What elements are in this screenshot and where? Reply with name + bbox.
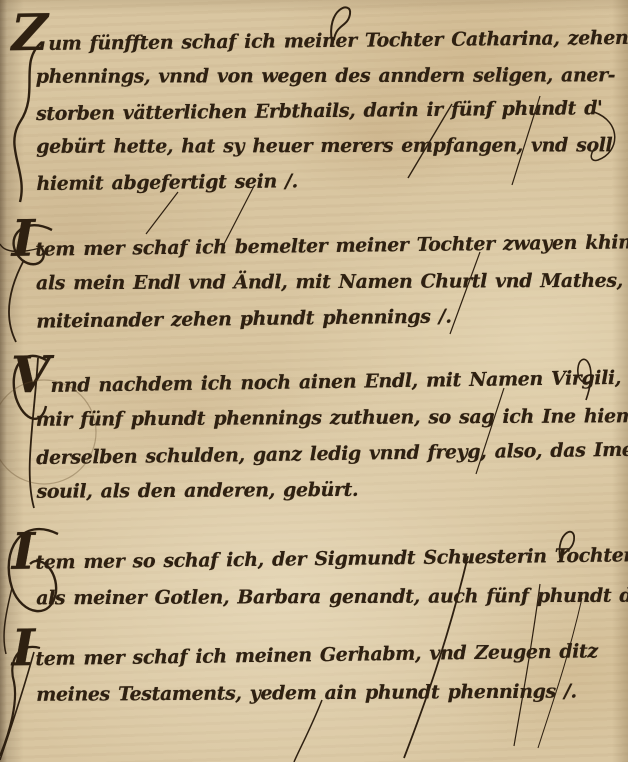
manuscript-line: hiemit abgefertigt sein /. <box>36 161 620 202</box>
manuscript-line: souil, als den anderen, gebürt. <box>36 470 620 510</box>
manuscript-line: derselben schulden, ganz ledig vnnd frey… <box>36 432 620 476</box>
manuscript-page: Zum fünfften schaf ich meiner Tochter Ca… <box>0 0 628 762</box>
manuscript-line: gebürt hette, hat sy heuer merers empfan… <box>36 128 620 165</box>
manuscript-line: Item mer schaf ich bemelter meiner Tocht… <box>35 224 619 267</box>
manuscript-line: als meiner Gotlen, Barbara genandt, auch… <box>36 577 620 618</box>
manuscript-line: Item mer so schaf ich, der Sigmundt Schu… <box>36 536 620 581</box>
manuscript-line: miteinander zehen phundt phennings /. <box>36 296 620 339</box>
handwritten-text-layer: Zum fünfften schaf ich meiner Tochter Ca… <box>0 0 628 762</box>
manuscript-line: Item mer schaf ich meinen Gerhabm, vnd Z… <box>36 632 620 678</box>
manuscript-line: storben vätterlichen Erbthails, darin ir… <box>36 91 620 132</box>
manuscript-line: mir fünf phundt phennings zuthuen, so sa… <box>36 398 620 438</box>
manuscript-line: phennings, vnnd von wegen des anndern se… <box>36 58 620 95</box>
manuscript-line: Vnnd nachdem ich noch ainen Endl, mit Na… <box>35 360 619 404</box>
paragraph-bequest-grandchildren: Item mer schaf ich bemelter meiner Tocht… <box>36 225 621 338</box>
manuscript-line: meines Testaments, yedem ain phundt phen… <box>36 672 620 714</box>
paragraph-debt-remission-virgili: Vnnd nachdem ich noch ainen Endl, mit Na… <box>35 361 620 511</box>
paragraph-bequest-barbara: Item mer so schaf ich, der Sigmundt Schu… <box>36 537 621 618</box>
paragraph-bequest-guardians-witnesses: Item mer schaf ich meinen Gerhabm, vnd Z… <box>36 633 621 715</box>
manuscript-line: Zum fünfften schaf ich meiner Tochter Ca… <box>35 21 619 62</box>
manuscript-line: als mein Endl vnd Ändl, mit Namen Churtl… <box>36 263 620 302</box>
paragraph-bequest-catharina: Zum fünfften schaf ich meiner Tochter Ca… <box>35 22 620 201</box>
